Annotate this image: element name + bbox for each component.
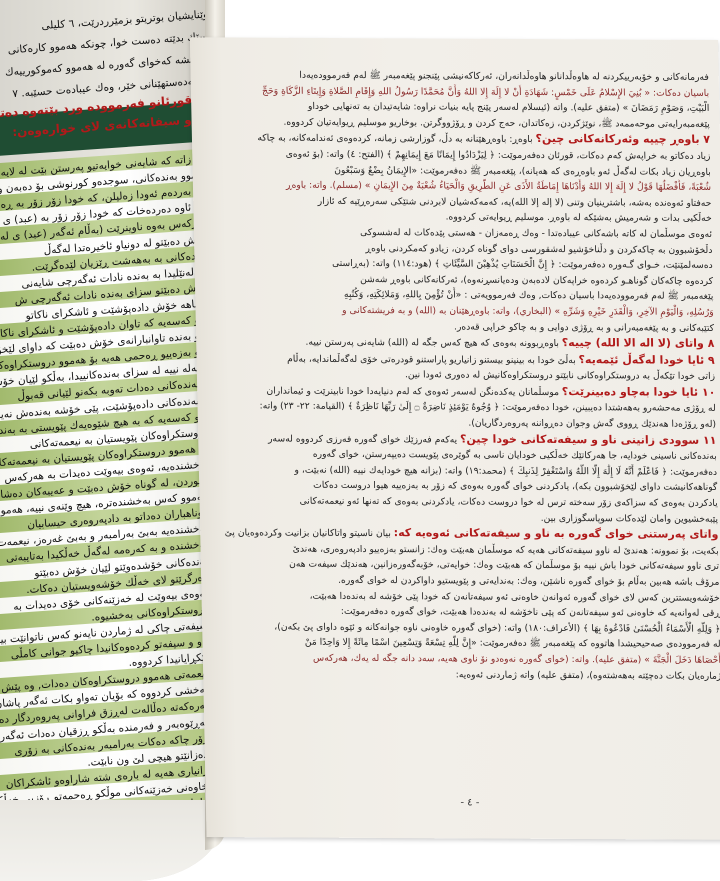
body-text: فەرمانەکانی و خۆبەرییکردنە لە هاوەڵدانان…: [299, 70, 709, 83]
text-line: لە ڕۆژی مەحشەرو بەهەشتدا دەیبینن، خودا د…: [219, 399, 715, 417]
body-text: کردەوە چاکەکان گوناهـو کردەوە خراپەکان ل…: [360, 274, 713, 287]
question-heading: ٧ باوەڕ چییە وئەرکانەکانی چین؟: [535, 132, 710, 146]
body-text: خۆشەویستترین کەس لای خوای گەورە ئەوانەن …: [309, 590, 719, 603]
body-text: پێغەمبەرایەتی موحەممەد ﷺ، نوێژکردن، زەکا…: [283, 116, 710, 129]
text-line: زیاد دەکاتو بە خراپەش کەم دەکات، قورئان …: [214, 146, 710, 164]
text-line: باسیان دەکات: « بُنِيَ الإِسْلامُ عَلَى …: [213, 83, 709, 101]
body-text: پێغەمبەر ﷺ لەم فەرموودەیەدا باسیان دەکات…: [344, 289, 714, 302]
arabic-quote: باسیان دەکات: « بُنِيَ الإِسْلامُ عَلَى …: [262, 85, 709, 98]
section-heading-line: ١١ سوودی زانینی ناو و سیفەتەکانی خودا چی…: [220, 430, 717, 449]
body-text: مرۆڤ باشە هەبین بەڵام بۆ خوای گەورە ناشێ…: [338, 575, 720, 588]
question-heading: ٩ ئایا خودا لەگەڵ ئێمەیە؟: [578, 353, 714, 367]
body-text: گوناهەکانیشت داوای لێخۆشبوون بکە)، یادکر…: [313, 480, 717, 493]
body-text: (لەو ڕۆژەدا هەندێك ڕووی گەش وجوان دەڕوان…: [468, 418, 716, 430]
arabic-quote: شُعْبَةً، فَأَفْضَلُهَا قَوْلُ لا إِلَهَ…: [286, 180, 711, 193]
answer-text: موسڵمانان یەکدەنگن لەسەر ئەوەی کە لەم دن…: [266, 385, 562, 398]
answer-text: یەکەم فەرزێك خوای گەورە فەرزی کردووە لەس…: [268, 433, 460, 445]
body-text: زاتی خودا تێکەڵ بە دروستکراوەکانی نابێتو…: [405, 370, 715, 383]
body-text: کتێبەکانی و بە پێغەمبەرانی و بە ڕۆژی دوا…: [454, 321, 714, 333]
body-text: خەڵکیی بدات و شەرمیش بەشێکە لە باوەڕ. مو…: [445, 212, 711, 224]
body-text: دەفەرموێت: ﴿ فَاعْلَمْ أَنَّهُ لَا إِلَٰ…: [294, 464, 717, 477]
body-text: زیاد دەکاتو بە خراپەش کەم دەکات، قورئان …: [286, 149, 711, 162]
body-text: بکەیت، بۆ نموونە: هەندێ لە ناوو سیفەتەکا…: [293, 543, 719, 556]
body-text: بەندەکانی ناسینی خودایە، جا هەرکاتێك خەڵ…: [313, 449, 717, 462]
question-heading: ١١ سوودی زانینی ناو و سیفەتەکانی خودا چی…: [460, 432, 717, 446]
main-book-page: فەرمانەکانی و خۆبەرییکردنە لە هاوەڵدانان…: [190, 37, 720, 840]
curled-page-bottom-blank: [0, 800, 215, 881]
body-text: دڵخۆشبوون بە چاکەکردن و دڵناخۆشیو لەشقور…: [365, 243, 712, 256]
arabic-quote: وَرُسُلِهِ، وَالْيَوْمِ الآخِرِ، وَالْقَ…: [342, 305, 714, 318]
body-text: تری ناوو سیفەتەکانی خودا باش نییە بۆ موس…: [289, 559, 719, 572]
answer-text: بەڵێ خودا بە بینینو بیستنو زانیاریو پارا…: [287, 353, 579, 366]
section-heading-line: ٩ ئایا خودا لەگەڵ ئێمەیە؟ بەڵێ خودا بە ب…: [218, 350, 715, 369]
body-text: دەسەلمێنێت، خـوای گـەورە دەفەرموێت: ﴿ إِ…: [332, 258, 713, 271]
answer-text: باوەڕبوونە بەوەی کە هیچ کەس جگە لە (الله…: [305, 337, 562, 349]
text-line: ژمارەیان بکات دەچێتە بەهەشتەوە)، (متفق ع…: [225, 666, 720, 684]
main-page-text: فەرمانەکانی و خۆبەرییکردنە لە هاوەڵدانان…: [212, 67, 720, 684]
body-text: ژمارەیان بکات دەچێتە بەهەشتەوە)، (متفق ع…: [456, 669, 720, 681]
question-heading: ٨ واتای (لا اله الا الله) چییە؟: [562, 336, 715, 350]
body-text: الْبَيْتِ، وَصَوْمِ رَمَضَانَ » (متفق عل…: [308, 101, 710, 114]
body-text: یادکردن بەوەی کە سزاکەی زۆر سەختە ترس لە…: [299, 496, 717, 509]
question-heading: ١٠ ئایا خودا بەچاو دەبینرێت؟: [562, 385, 716, 399]
text-line: دەفەرموێت: ﴿ فَاعْلَمْ أَنَّهُ لَا إِلَٰ…: [221, 462, 717, 480]
body-text: باوەڕیان زیاد بکات لەگەڵ ئەو باوەڕەی کە …: [334, 165, 711, 178]
arabic-quote: أَحْصَاهَا دَخَلَ الْجَنَّةَ » (متفق علي…: [313, 653, 720, 666]
text-line: ﴿ وَلِلَّهِ الْأَسْمَاءُ الْحُسْنَىٰ فَا…: [224, 619, 720, 637]
body-text: ڕقی لەوانەیە کە خاوەنی ئەو سیفەتانەن کە …: [341, 606, 720, 619]
body-text: ﴿ وَلِلَّهِ الْأَسْمَاءُ الْحُسْنَىٰ فَا…: [274, 621, 720, 634]
body-text: پێبەخشیوین وامان لێدەکات سوپاسگوزاری بین…: [541, 513, 719, 525]
text-line: شُعْبَةً، فَأَفْضَلُهَا قَوْلُ لا إِلَهَ…: [215, 177, 711, 195]
page-number: - ٤ -: [206, 796, 720, 810]
body-text: ئەوەی موسڵمان لە کاتە باشەکانی عیبادەتدا…: [360, 227, 712, 240]
answer-text: بیان ناسیتو واتاکانیان بزانیت وکردەوەیان…: [225, 527, 394, 539]
body-text: لە فەرموودەی صەحیحیشدا هاتووە کە پێغەمبە…: [305, 637, 720, 650]
body-text: حەفتاو ئەوەندە بەشە، باشترینیان وتنی (لا…: [318, 196, 712, 209]
body-text: لە ڕۆژی مەحشەرو بەهەشتدا دەیبینن، خودا د…: [260, 401, 716, 414]
text-line: تری ناوو سیفەتەکانی خودا باش نییە بۆ موس…: [223, 557, 719, 575]
answer-text: باوەڕ: باوەڕهێنانە بە دڵ، گوزارشی زمانە،…: [257, 133, 535, 145]
question-heading: واتای پەرستنی خوای گەورە بە ناو و سیفەتە…: [394, 526, 719, 541]
curled-left-page: وێنایشیان بوتریتو بزمێرردرێت، ٦ کلیلیسێك…: [0, 0, 222, 881]
